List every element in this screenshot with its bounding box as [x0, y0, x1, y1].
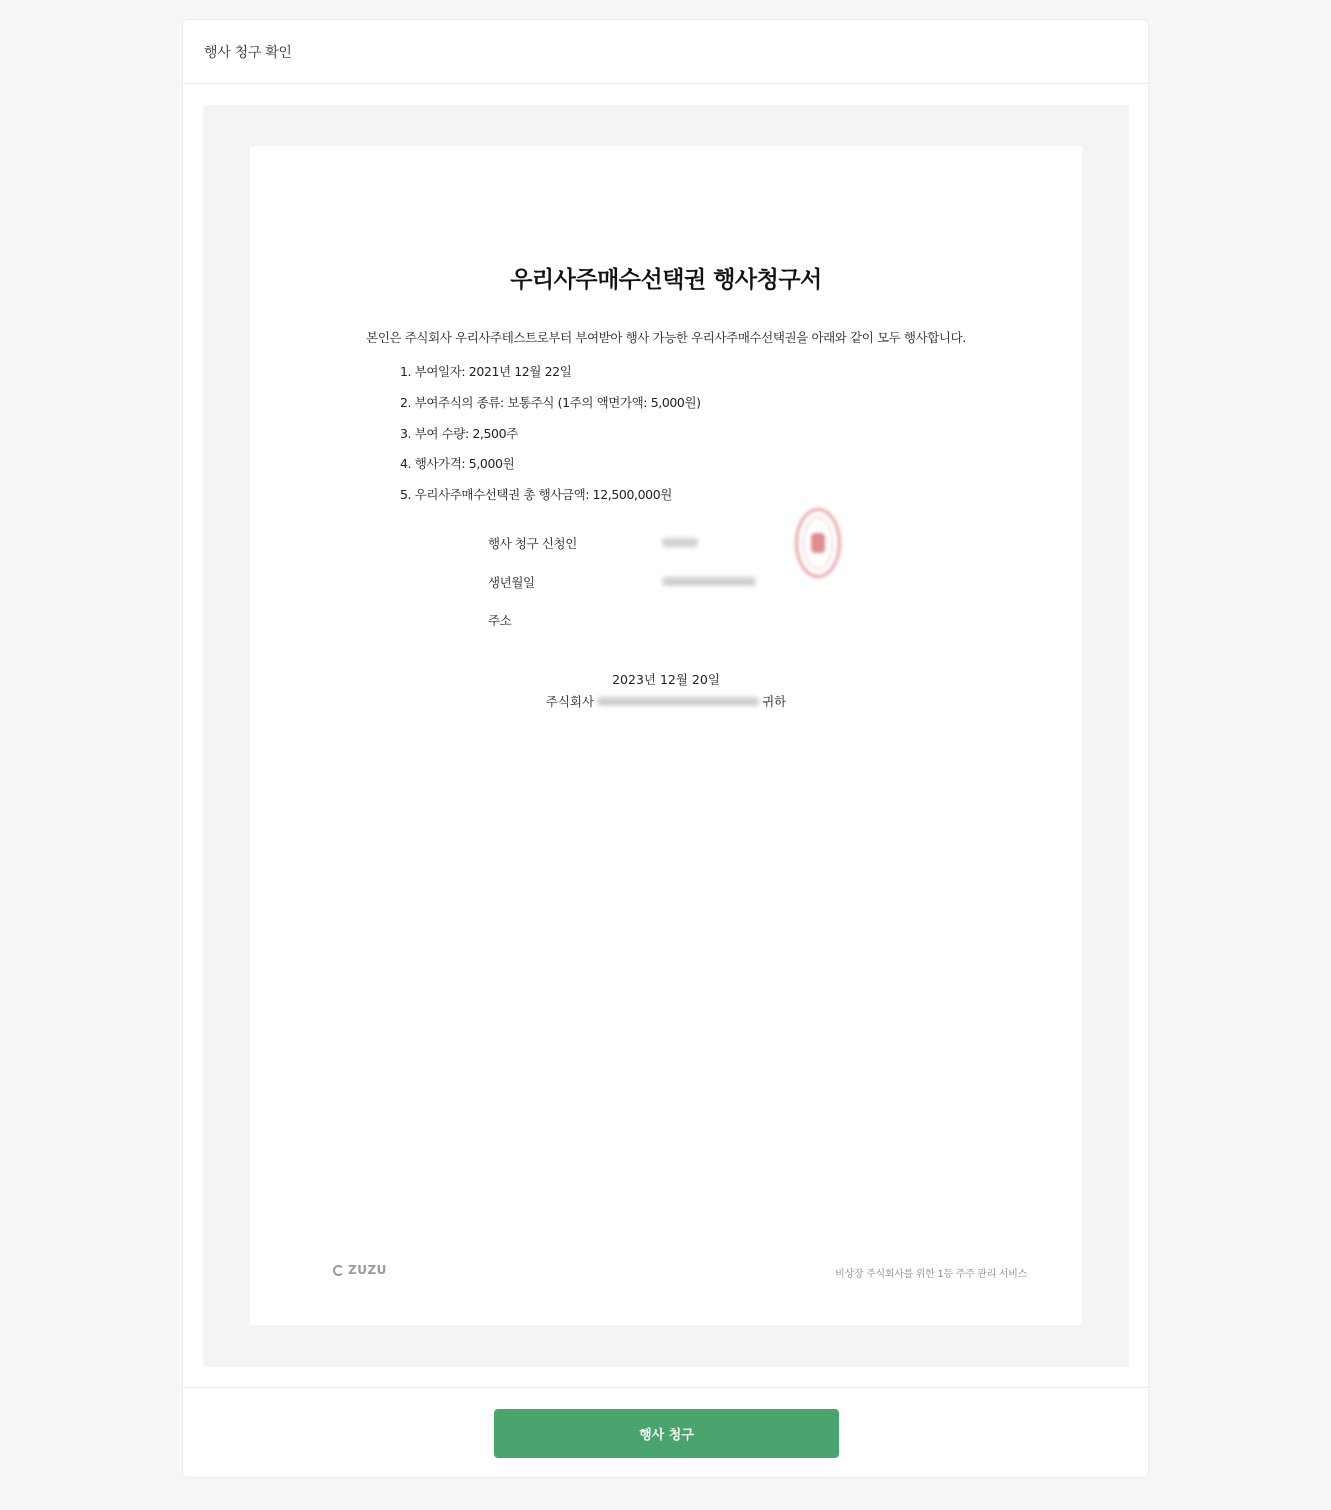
grant-details-list: 1. 부여일자: 2021년 12월 22일 2. 부여주식의 종류: 보통주식…: [400, 362, 701, 516]
zuzu-logo-text: ZUZU: [348, 1263, 387, 1277]
applicant-info: 행사 청구 신청인 생년월일 주소: [488, 534, 756, 650]
document-intro: 본인은 주식회사 우리사주테스트로부터 부여받아 행사 가능한 우리사주매수선택…: [250, 328, 1082, 346]
exercise-confirm-card: 행사 청구 확인 우리사주매수선택권 행사청구서 본인은 주식회사 우리사주테스…: [182, 19, 1149, 1478]
document-page: 우리사주매수선택권 행사청구서 본인은 주식회사 우리사주테스트로부터 부여받아…: [250, 146, 1082, 1325]
exercise-request-button[interactable]: 행사 청구: [494, 1409, 839, 1458]
applicant-name-label: 행사 청구 신청인: [488, 534, 662, 552]
address-label: 주소: [488, 611, 662, 629]
birth-date-row: 생년월일: [488, 573, 756, 612]
document-preview-area[interactable]: 우리사주매수선택권 행사청구서 본인은 주식회사 우리사주테스트로부터 부여받아…: [203, 105, 1129, 1367]
card-header: 행사 청구 확인: [183, 20, 1148, 84]
birth-date-label: 생년월일: [488, 573, 662, 591]
address-row: 주소: [488, 611, 756, 650]
applicant-name-row: 행사 청구 신청인: [488, 534, 756, 573]
zuzu-logo-icon: [333, 1265, 344, 1276]
list-item: 3. 부여 수량: 2,500주: [400, 424, 701, 455]
document-date: 2023년 12월 20일: [250, 670, 1082, 688]
list-item: 1. 부여일자: 2021년 12월 22일: [400, 362, 701, 393]
list-item: 4. 행사가격: 5,000원: [400, 454, 701, 485]
recipient-suffix: 귀하: [762, 692, 786, 710]
list-item: 2. 부여주식의 종류: 보통주식 (1주의 액면가액: 5,000원): [400, 393, 701, 424]
footer-tagline: 비상장 주식회사를 위한 1등 주주 관리 서비스: [835, 1265, 1027, 1280]
recipient-prefix: 주식회사: [546, 692, 594, 710]
applicant-name-redacted: [662, 538, 698, 547]
page-title: 행사 청구 확인: [204, 42, 292, 62]
document-title: 우리사주매수선택권 행사청구서: [250, 261, 1082, 294]
recipient-name-redacted: [597, 697, 759, 706]
seal-stamp-icon: [795, 508, 841, 578]
seal-stamp-core: [811, 533, 825, 553]
document-recipient: 주식회사 귀하: [250, 692, 1082, 710]
birth-date-redacted: [662, 577, 756, 586]
card-footer: 행사 청구: [183, 1387, 1148, 1478]
zuzu-logo: ZUZU: [333, 1263, 387, 1277]
list-item: 5. 우리사주매수선택권 총 행사금액: 12,500,000원: [400, 485, 701, 516]
